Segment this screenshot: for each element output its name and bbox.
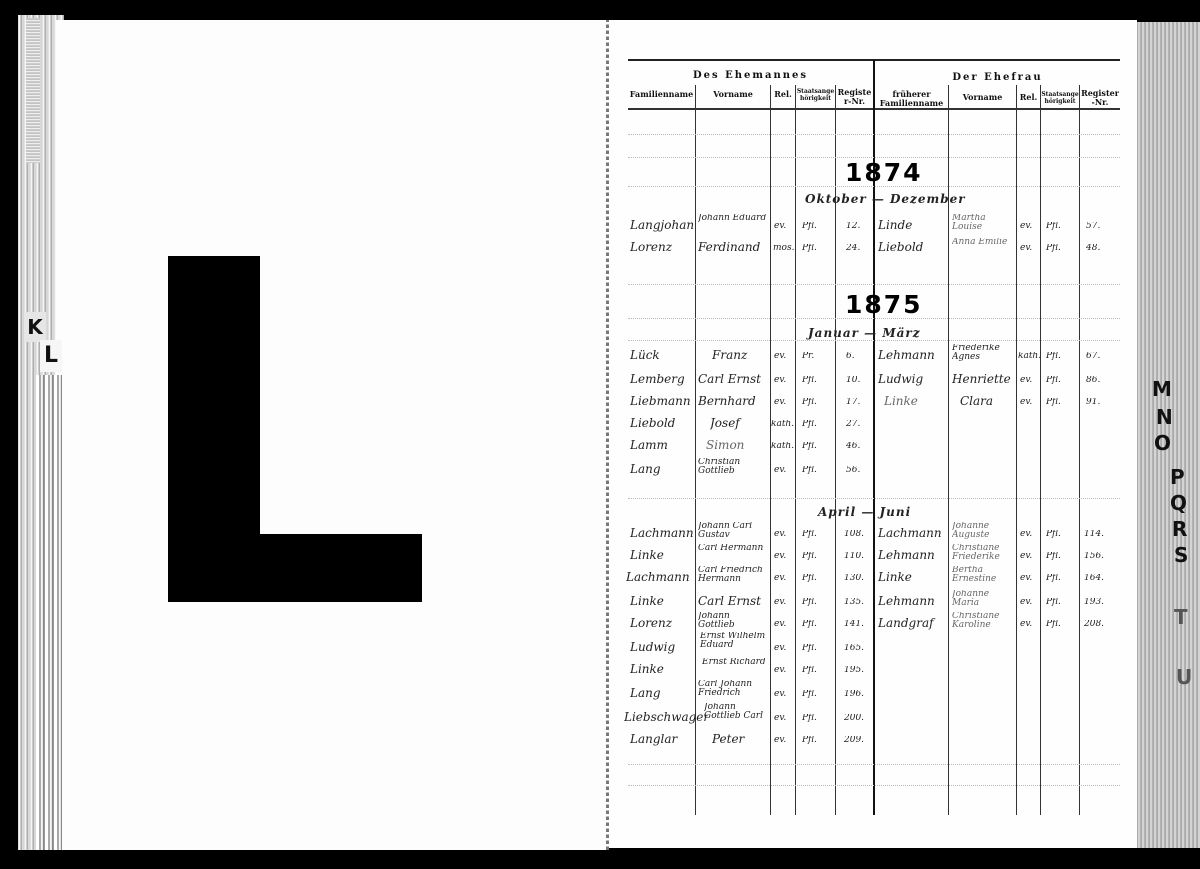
husband-religion: ev.: [774, 552, 786, 561]
index-tab-s[interactable]: S: [1174, 543, 1188, 567]
wife-nationality: Pfl.: [1046, 376, 1061, 385]
husband-firstname: Carl Friedrich Hermann: [698, 566, 768, 584]
husband-nationality: Pfl.: [802, 736, 817, 745]
husband-register-no: 135.: [844, 598, 864, 607]
wife-religion: kath.: [1018, 352, 1041, 361]
husband-surname: Lang: [630, 686, 694, 700]
husband-firstname: Carl Hermann: [698, 544, 768, 553]
husband-register-no: 195.: [844, 666, 864, 675]
husband-nationality: Pfl.: [802, 644, 817, 653]
left-page-edge-shadow: [26, 18, 40, 163]
period-heading: Oktober — Dezember: [805, 192, 966, 206]
wife-nationality: Pfl.: [1046, 620, 1061, 629]
wife-nationality: Pfl.: [1046, 398, 1061, 407]
year-heading-1874: 1874: [845, 158, 923, 187]
husband-religion: ev.: [774, 690, 786, 699]
husband-surname: Linke: [630, 548, 694, 562]
husband-firstname: Ferdinand: [698, 240, 768, 254]
col-header-husband-register: Register-Nr.: [836, 88, 873, 106]
husband-nationality: Pfl.: [802, 420, 817, 429]
husband-religion: ev.: [774, 352, 786, 361]
index-tabs-right: M N O P Q R S T U: [1148, 375, 1198, 845]
husband-nationality: Pfl.: [802, 574, 817, 583]
col-header-wife-register: Register-Nr.: [1080, 89, 1120, 107]
husband-nationality: Pfl.: [802, 552, 817, 561]
wife-religion: ev.: [1020, 530, 1032, 539]
husband-firstname: Ernst Richard: [702, 658, 768, 667]
husband-register-no: 196.: [844, 690, 864, 699]
husband-firstname: Johann Eduard: [698, 214, 768, 223]
husband-firstname: Christian Gottlieb: [698, 458, 768, 476]
index-tab-r[interactable]: R: [1172, 517, 1187, 541]
husband-register-no: 17.: [846, 398, 860, 407]
husband-religion: kath.: [771, 420, 794, 429]
husband-nationality: Pfl.: [802, 466, 817, 475]
husband-register-no: 6.: [846, 352, 855, 361]
husband-firstname: Simon: [706, 438, 768, 452]
col-header-wife-firstname: Vorname: [949, 93, 1016, 102]
wife-register-no: 164.: [1084, 574, 1104, 583]
husband-firstname: Carl Ernst: [698, 372, 768, 386]
column-divider: [1016, 85, 1017, 815]
group-title-husband: Des Ehemannes: [628, 70, 873, 81]
husband-firstname: Ernst Wilhelm Eduard: [700, 632, 768, 650]
wife-former-surname: Linde: [878, 218, 946, 232]
wife-firstname: Friederike Agnes: [952, 344, 1014, 362]
col-header-husband-nationality: Staatsangehörigkeit: [796, 88, 835, 102]
col-header-husband-firstname: Vorname: [696, 90, 770, 99]
wife-firstname: Christiane Friederike: [952, 544, 1014, 562]
husband-surname: Lück: [630, 348, 694, 362]
husband-nationality: Pfl.: [802, 222, 817, 231]
wife-religion: ev.: [1020, 376, 1032, 385]
husband-nationality: Pfl.: [802, 376, 817, 385]
wife-religion: ev.: [1020, 598, 1032, 607]
ruling-line: [628, 340, 1120, 341]
husband-register-no: 200.: [844, 714, 864, 723]
wife-nationality: Pfl.: [1046, 598, 1061, 607]
wife-religion: ev.: [1020, 574, 1032, 583]
wife-former-surname: Linke: [878, 570, 946, 584]
ruling-line: [628, 284, 1120, 285]
index-tab-p[interactable]: P: [1170, 465, 1185, 489]
husband-register-no: 209.: [844, 736, 864, 745]
index-tab-q[interactable]: Q: [1170, 491, 1187, 515]
husband-surname: Lachmann: [626, 570, 694, 584]
column-divider: [1079, 85, 1080, 815]
husband-firstname: Carl Johann Friedrich: [698, 680, 768, 698]
wife-former-surname: Ludwig: [878, 372, 946, 386]
wife-former-surname: Lehmann: [878, 548, 946, 562]
wife-religion: ev.: [1020, 244, 1032, 253]
wife-religion: ev.: [1020, 552, 1032, 561]
wife-firstname: Bertha Ernestine: [952, 566, 1014, 584]
husband-register-no: 46.: [846, 442, 860, 451]
husband-nationality: Pr.: [802, 352, 814, 361]
husband-firstname: Johann Gottlieb: [698, 612, 768, 630]
ruling-line: [628, 498, 1120, 499]
husband-religion: ev.: [774, 530, 786, 539]
husband-religion: ev.: [774, 574, 786, 583]
wife-former-surname: Linke: [884, 394, 946, 408]
husband-religion: ev.: [774, 466, 786, 475]
husband-register-no: 56.: [846, 466, 860, 475]
wife-register-no: 193.: [1084, 598, 1104, 607]
ruling-line: [628, 764, 1120, 765]
left-page-fore-edge: [36, 375, 62, 850]
col-header-wife-former-surname: früherer Familienname: [875, 90, 948, 108]
husband-surname: Liebschwager: [624, 710, 708, 724]
wife-former-surname: Lachmann: [878, 526, 946, 540]
husband-religion: ev.: [774, 222, 786, 231]
wife-nationality: Pfl.: [1046, 222, 1061, 231]
husband-surname: Langlar: [630, 732, 694, 746]
husband-nationality: Pfl.: [802, 598, 817, 607]
ruling-line: [628, 134, 1120, 135]
husband-religion: ev.: [774, 620, 786, 629]
wife-firstname: Johanne Auguste: [952, 522, 1014, 540]
group-title-wife: Der Ehefrau: [875, 72, 1120, 83]
wife-register-no: 208.: [1084, 620, 1104, 629]
wife-nationality: Pfl.: [1046, 244, 1061, 253]
column-divider: [1040, 85, 1041, 815]
husband-firstname: Carl Ernst: [698, 594, 768, 608]
wife-religion: ev.: [1020, 222, 1032, 231]
husband-surname: Langjohann: [630, 218, 694, 232]
husband-register-no: 141.: [844, 620, 864, 629]
husband-register-no: 165.: [844, 644, 864, 653]
husband-surname: Linke: [630, 662, 694, 676]
husband-register-no: 24.: [846, 244, 860, 253]
col-header-wife-nationality: Staatsangehörigkeit: [1041, 91, 1079, 105]
wife-register-no: 114.: [1084, 530, 1104, 539]
wife-firstname: Anna Emilie: [952, 238, 1014, 247]
wife-firstname: Johanne Maria: [952, 590, 1014, 608]
husband-religion: kath.: [771, 442, 794, 451]
wife-register-no: 91.: [1086, 398, 1100, 407]
wife-nationality: Pfl.: [1046, 530, 1061, 539]
husband-religion: ev.: [774, 714, 786, 723]
husband-surname: Lang: [630, 462, 694, 476]
wife-former-surname: Landgraf: [878, 616, 946, 630]
husband-surname: Ludwig: [630, 640, 694, 654]
husband-register-no: 110.: [844, 552, 864, 561]
husband-nationality: Pfl.: [802, 442, 817, 451]
wife-former-surname: Lehmann: [878, 348, 946, 362]
husband-register-no: 108.: [844, 530, 864, 539]
wife-register-no: 48.: [1086, 244, 1100, 253]
wife-nationality: Pfl.: [1046, 552, 1061, 561]
husband-surname: Liebmann: [630, 394, 694, 408]
husband-firstname: Josef: [710, 416, 768, 430]
index-tab-o[interactable]: O: [1154, 431, 1171, 455]
column-divider: [695, 85, 696, 815]
husband-nationality: Pfl.: [802, 666, 817, 675]
husband-religion: ev.: [774, 376, 786, 385]
husband-nationality: Pfl.: [802, 620, 817, 629]
period-heading: Januar — März: [808, 326, 921, 340]
col-header-husband-surname: Familienname: [628, 90, 695, 99]
index-tab-n[interactable]: N: [1156, 405, 1173, 429]
husband-nationality: Pfl.: [802, 690, 817, 699]
index-tab-l[interactable]: L: [40, 340, 62, 372]
index-tab-t[interactable]: T: [1174, 605, 1188, 629]
husband-surname: Lorenz: [630, 616, 694, 630]
wife-register-no: 86.: [1086, 376, 1100, 385]
husband-religion: ev.: [774, 398, 786, 407]
husband-religion: mos.: [773, 244, 794, 253]
column-divider: [795, 85, 796, 815]
wife-nationality: Pfl.: [1046, 352, 1061, 361]
col-header-husband-religion: Rel.: [771, 90, 795, 99]
period-heading: April — Juni: [818, 505, 911, 519]
wife-firstname: Martha Louise: [952, 214, 1014, 232]
husband-surname: Liebold: [630, 416, 694, 430]
wife-register-no: 156.: [1084, 552, 1104, 561]
wife-firstname: Henriette: [952, 372, 1014, 386]
husband-religion: ev.: [774, 666, 786, 675]
index-letter-foot: [168, 534, 422, 602]
wife-former-surname: Liebold: [878, 240, 946, 254]
husband-religion: ev.: [774, 598, 786, 607]
husband-firstname: Bernhard: [698, 394, 768, 408]
wife-nationality: Pfl.: [1046, 574, 1061, 583]
wife-firstname: Clara: [960, 394, 1014, 408]
wife-register-no: 67.: [1086, 352, 1100, 361]
husband-nationality: Pfl.: [802, 714, 817, 723]
wife-firstname: Christiane Karoline: [952, 612, 1014, 630]
index-tab-m[interactable]: M: [1152, 377, 1172, 401]
wife-register-no: 57.: [1086, 222, 1100, 231]
left-page: [56, 20, 608, 850]
husband-register-no: 10.: [846, 376, 860, 385]
year-heading-1875: 1875: [845, 290, 923, 319]
index-tab-k[interactable]: K: [24, 312, 46, 342]
husband-firstname: Franz: [712, 348, 768, 362]
husband-religion: ev.: [774, 736, 786, 745]
husband-nationality: Pfl.: [802, 244, 817, 253]
wife-religion: ev.: [1020, 620, 1032, 629]
ruling-line: [628, 785, 1120, 786]
wife-former-surname: Lehmann: [878, 594, 946, 608]
husband-religion: ev.: [774, 644, 786, 653]
husband-surname: Linke: [630, 594, 694, 608]
husband-firstname: Johann Gottlieb Carl: [704, 703, 768, 721]
husband-surname: Lachmann: [630, 526, 694, 540]
husband-surname: Lemberg: [630, 372, 694, 386]
husband-nationality: Pfl.: [802, 398, 817, 407]
husband-register-no: 12.: [846, 222, 860, 231]
husband-firstname: Peter: [712, 732, 768, 746]
husband-firstname: Johann Carl Gustav: [698, 522, 768, 540]
husband-nationality: Pfl.: [802, 530, 817, 539]
wife-religion: ev.: [1020, 398, 1032, 407]
index-tab-u[interactable]: U: [1176, 665, 1192, 689]
husband-register-no: 130.: [844, 574, 864, 583]
husband-register-no: 27.: [846, 420, 860, 429]
husband-surname: Lorenz: [630, 240, 694, 254]
husband-surname: Lamm: [630, 438, 694, 452]
col-header-wife-religion: Rel.: [1017, 93, 1040, 102]
